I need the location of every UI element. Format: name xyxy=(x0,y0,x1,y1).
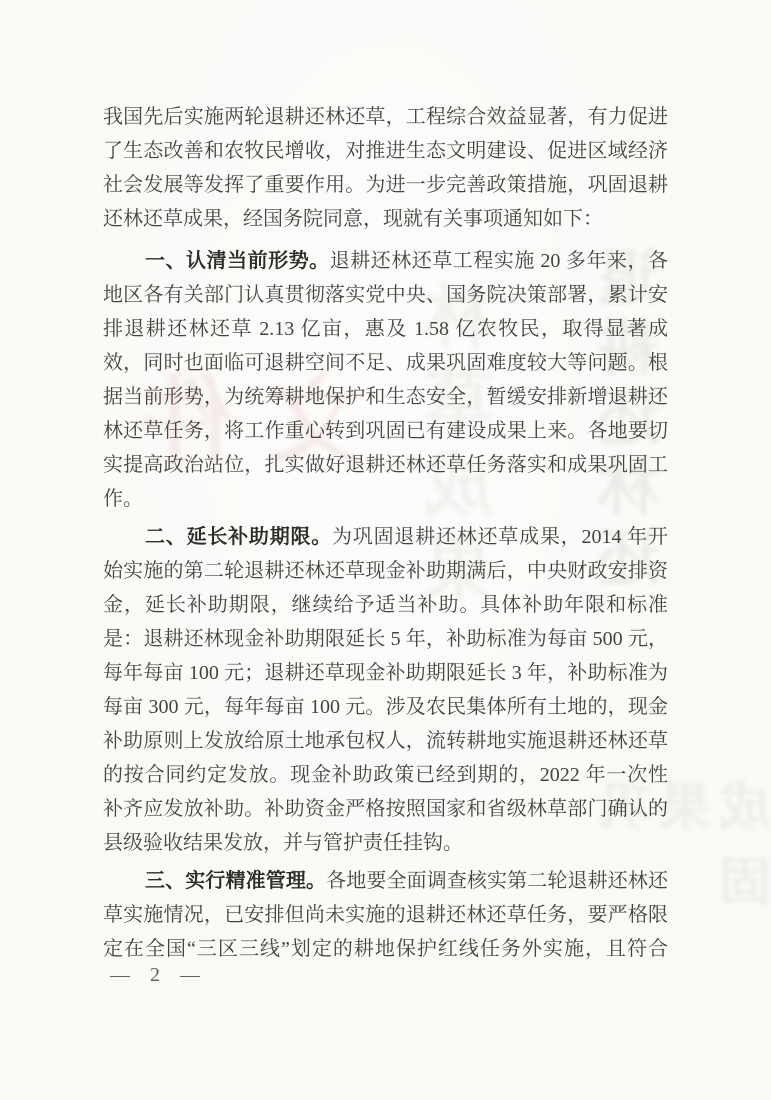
text-line: 始实施的第二轮退耕还林还草现金补助期满后，中央财政安排资 xyxy=(103,554,668,588)
line-text: 排退耕还林还草 2.13 亿亩，惠及 1.58 亿农牧民，取得显著成 xyxy=(103,318,668,340)
line-text: 县级验收结果发放，并与管护责任挂钩。 xyxy=(103,832,463,854)
line-text: 的按合同约定发放。现金补助政策已经到期的，2022 年一次性 xyxy=(103,764,668,786)
text-line: 据当前形势，为统筹耕地保护和生态安全，暂缓安排新增退耕还 xyxy=(103,380,668,414)
line-text: 了生态改善和农牧民增收，对推进生态文明建设、促进区域经济 xyxy=(103,140,668,162)
line-text: 作。 xyxy=(103,488,143,510)
text-line: 草实施情况，已安排但尚未实施的退耕还林还草任务，要严格限 xyxy=(103,898,668,932)
text-line: 我国先后实施两轮退耕还林还草，工程综合效益显著，有力促进 xyxy=(103,100,668,134)
line-text: 每亩 300 元，每年每亩 100 元。涉及农民集体所有土地的，现金 xyxy=(103,696,668,718)
document-body: 我国先后实施两轮退耕还林还草，工程综合效益显著，有力促进了生态改善和农牧民增收，… xyxy=(103,100,668,966)
text-line: 每年每亩 100 元；退耕还草现金补助期限延长 3 年，补助标准为 xyxy=(103,656,668,690)
text-line: 排退耕还林还草 2.13 亿亩，惠及 1.58 亿农牧民，取得显著成 xyxy=(103,312,668,346)
section-heading: 三、实行精准管理。 xyxy=(145,870,326,892)
line-text: 草实施情况，已安排但尚未实施的退耕还林还草任务，要严格限 xyxy=(103,904,668,926)
text-line: 林还草任务，将工作重心转到巩固已有建设成果上来。各地要切 xyxy=(103,414,668,448)
section-heading: 一、认清当前形势。 xyxy=(145,250,330,272)
line-text: 地区各有关部门认真贯彻落实党中央、国务院决策部署，累计安 xyxy=(103,284,668,306)
scanned-document-page: 退耕还林还 林草成果 文件 成果巩固 我国先后实施两轮退耕还林还草，工程综合效益… xyxy=(0,0,771,1100)
text-line: 了生态改善和农牧民增收，对推进生态文明建设、促进区域经济 xyxy=(103,134,668,168)
line-text: 林还草任务，将工作重心转到巩固已有建设成果上来。各地要切 xyxy=(103,420,668,442)
text-line: 每亩 300 元，每年每亩 100 元。涉及农民集体所有土地的，现金 xyxy=(103,690,668,724)
text-line: 作。 xyxy=(103,482,668,516)
line-text: 是：退耕还林现金补助期限延长 5 年，补助标准为每亩 500 元， xyxy=(103,628,668,650)
text-line: 县级验收结果发放，并与管护责任挂钩。 xyxy=(103,826,668,860)
text-line: 是：退耕还林现金补助期限延长 5 年，补助标准为每亩 500 元， xyxy=(103,622,668,656)
line-text: 定在全国“三区三线”划定的耕地保护红线任务外实施，且符合 xyxy=(103,938,668,960)
line-text: 退耕还林还草工程实施 20 多年来，各 xyxy=(330,250,668,272)
text-line: 金，延长补助期限，继续给予适当补助。具体补助年限和标准 xyxy=(103,588,668,622)
line-text: 实提高政治站位，扎实做好退耕还林还草任务落实和成果巩固工 xyxy=(103,454,668,476)
text-line: 地区各有关部门认真贯彻落实党中央、国务院决策部署，累计安 xyxy=(103,278,668,312)
text-line: 补齐应发放补助。补助资金严格按照国家和省级林草部门确认的 xyxy=(103,792,668,826)
line-text: 据当前形势，为统筹耕地保护和生态安全，暂缓安排新增退耕还 xyxy=(103,386,668,408)
line-text: 为巩固退耕还林还草成果，2014 年开 xyxy=(332,526,668,548)
text-line: 社会发展等发挥了重要作用。为进一步完善政策措施，巩固退耕 xyxy=(103,168,668,202)
text-line: 二、延长补助期限。为巩固退耕还林还草成果，2014 年开 xyxy=(103,520,668,554)
text-line: 补助原则上发放给原土地承包权人，流转耕地实施退耕还林还草 xyxy=(103,724,668,758)
line-text: 效，同时也面临可退耕空间不足、成果巩固难度较大等问题。根 xyxy=(103,352,668,374)
line-text: 我国先后实施两轮退耕还林还草，工程综合效益显著，有力促进 xyxy=(103,106,668,128)
line-text: 补助原则上发放给原土地承包权人，流转耕地实施退耕还林还草 xyxy=(103,730,668,752)
section-heading: 二、延长补助期限。 xyxy=(145,526,332,548)
text-line: 一、认清当前形势。退耕还林还草工程实施 20 多年来，各 xyxy=(103,244,668,278)
text-line: 还林还草成果，经国务院同意，现就有关事项通知如下： xyxy=(103,202,668,236)
page-number: — 2 — xyxy=(110,963,203,987)
line-text: 补齐应发放补助。补助资金严格按照国家和省级林草部门确认的 xyxy=(103,798,668,820)
line-text: 始实施的第二轮退耕还林还草现金补助期满后，中央财政安排资 xyxy=(103,560,668,582)
text-line: 三、实行精准管理。各地要全面调查核实第二轮退耕还林还 xyxy=(103,864,668,898)
line-text: 社会发展等发挥了重要作用。为进一步完善政策措施，巩固退耕 xyxy=(103,174,668,196)
text-line: 定在全国“三区三线”划定的耕地保护红线任务外实施，且符合 xyxy=(103,932,668,966)
line-text: 每年每亩 100 元；退耕还草现金补助期限延长 3 年，补助标准为 xyxy=(103,662,668,684)
scan-speck: · xyxy=(653,795,660,818)
text-line: 的按合同约定发放。现金补助政策已经到期的，2022 年一次性 xyxy=(103,758,668,792)
line-text: 金，延长补助期限，继续给予适当补助。具体补助年限和标准 xyxy=(103,594,668,616)
line-text: 还林还草成果，经国务院同意，现就有关事项通知如下： xyxy=(103,208,603,230)
line-text: 各地要全面调查核实第二轮退耕还林还 xyxy=(326,870,668,892)
text-line: 效，同时也面临可退耕空间不足、成果巩固难度较大等问题。根 xyxy=(103,346,668,380)
text-line: 实提高政治站位，扎实做好退耕还林还草任务落实和成果巩固工 xyxy=(103,448,668,482)
